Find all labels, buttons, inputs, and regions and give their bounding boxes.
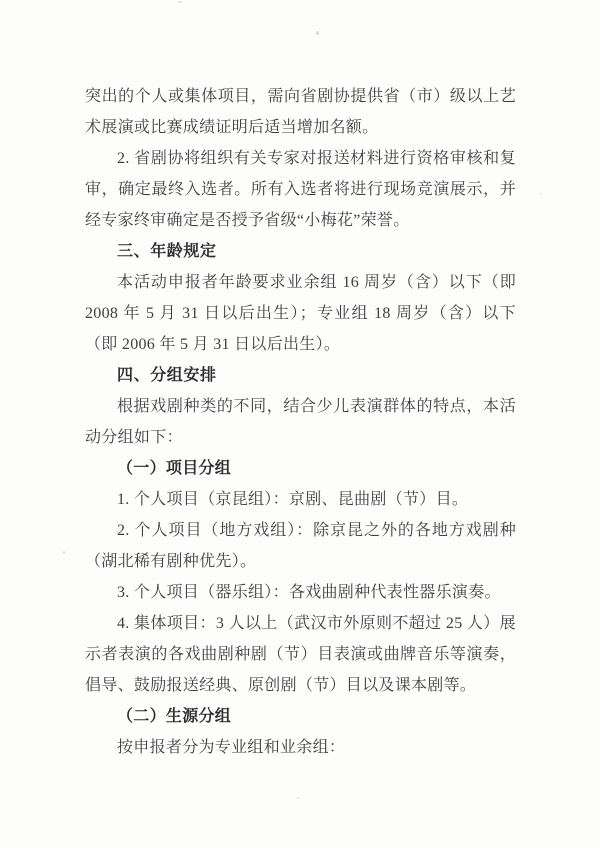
section-heading-grouping: 四、分组安排 [85, 360, 516, 391]
document-content: 突出的个人或集体项目，需向省剧协提供省（市）级以上艺术展演或比赛成绩证明后适当增… [85, 81, 516, 763]
paragraph-group-2-local-opera: 2. 个人项目（地方戏组）：除京昆之外的各地方戏剧种（湖北稀有剧种优先）。 [85, 515, 516, 577]
subsection-heading-student-source-groups: （二）生源分组 [85, 701, 516, 732]
paragraph-continuation: 突出的个人或集体项目，需向省剧协提供省（市）级以上艺术展演或比赛成绩证明后适当增… [85, 81, 516, 143]
scan-speck [63, 551, 65, 554]
paragraph-group-3-instrumental: 3. 个人项目（器乐组）：各戏曲剧种代表性器乐演奏。 [85, 577, 516, 608]
scan-speck [178, 1, 182, 3]
scan-speck [297, 797, 300, 799]
paragraph-source-groups: 按申报者分为专业组和业余组： [85, 732, 516, 763]
scan-speck [316, 31, 319, 35]
subsection-heading-project-groups: （一）项目分组 [85, 453, 516, 484]
paragraph-group-4-collective: 4. 集体项目：3 人以上（武汉市外原则不超过 25 人）展示者表演的各戏曲剧种… [85, 608, 516, 701]
paragraph-age-requirements: 本活动申报者年龄要求业余组 16 周岁（含）以下（即 2008 年 5 月 31… [85, 267, 516, 360]
scanned-document-page: 突出的个人或集体项目，需向省剧协提供省（市）级以上艺术展演或比赛成绩证明后适当增… [0, 0, 600, 848]
paragraph-grouping-intro: 根据戏剧种类的不同，结合少儿表演群体的特点，本活动分组如下： [85, 391, 516, 453]
section-heading-age-rules: 三、年龄规定 [85, 236, 516, 267]
paragraph-group-1-jingkun: 1. 个人项目（京昆组）：京剧、昆曲剧（节）目。 [85, 484, 516, 515]
paragraph-item-2-review: 2. 省剧协将组织有关专家对报送材料进行资格审核和复审，确定最终入选者。所有入选… [85, 143, 516, 236]
scan-speck [540, 193, 542, 195]
